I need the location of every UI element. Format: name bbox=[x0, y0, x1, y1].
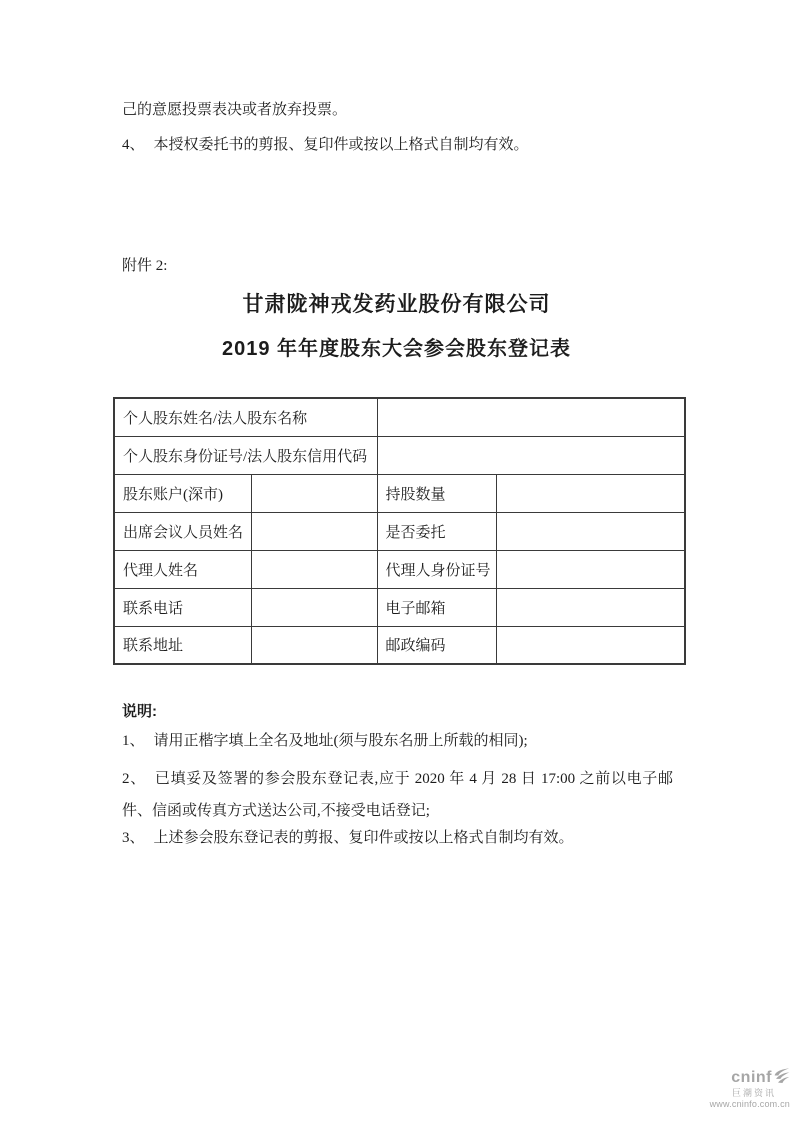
item-text: 已填妥及签署的参会股东登记表,应于 2020 年 4 月 28 日 17:00 … bbox=[122, 771, 673, 819]
cninfo-name-text: 巨潮资讯 bbox=[706, 1089, 790, 1099]
item-text: 请用正楷字填上全名及地址(须与股东名册上所载的相同); bbox=[154, 733, 528, 749]
item-number: 2、 bbox=[122, 771, 146, 787]
table-row: 代理人姓名 代理人身份证号 bbox=[114, 550, 685, 588]
table-value-cell bbox=[496, 550, 685, 588]
table-value-cell bbox=[496, 588, 685, 626]
table-value-cell bbox=[251, 550, 377, 588]
form-title: 2019 年年度股东大会参会股东登记表 bbox=[0, 332, 793, 361]
table-label-cell: 邮政编码 bbox=[377, 626, 496, 664]
cninfo-brand-text: cninf bbox=[731, 1069, 772, 1087]
table-row: 联系地址 邮政编码 bbox=[114, 626, 685, 664]
table-row: 出席会议人员姓名 是否委托 bbox=[114, 512, 685, 550]
table-value-cell bbox=[496, 512, 685, 550]
note-item-2: 2、已填妥及签署的参会股东登记表,应于 2020 年 4 月 28 日 17:0… bbox=[122, 763, 673, 827]
cninfo-url-text: www.cninfo.com.cn bbox=[706, 1100, 790, 1110]
table-label-cell: 电子邮箱 bbox=[377, 588, 496, 626]
table-label-cell: 个人股东身份证号/法人股东信用代码 bbox=[114, 436, 377, 474]
item-text: 上述参会股东登记表的剪报、复印件或按以上格式自制均有效。 bbox=[154, 830, 574, 846]
table-label-cell: 是否委托 bbox=[377, 512, 496, 550]
table-value-cell bbox=[251, 512, 377, 550]
shareholder-registration-table: 个人股东姓名/法人股东名称 个人股东身份证号/法人股东信用代码 股东账户(深市)… bbox=[113, 397, 686, 665]
table-label-cell: 股东账户(深市) bbox=[114, 474, 251, 512]
table-label-cell: 出席会议人员姓名 bbox=[114, 512, 251, 550]
note-item-3: 3、上述参会股东登记表的剪报、复印件或按以上格式自制均有效。 bbox=[122, 828, 673, 848]
table-row: 个人股东身份证号/法人股东信用代码 bbox=[114, 436, 685, 474]
table-value-cell bbox=[377, 436, 685, 474]
table-label-cell: 联系电话 bbox=[114, 588, 251, 626]
table-value-cell bbox=[251, 626, 377, 664]
item-number: 3、 bbox=[122, 830, 145, 846]
item-text: 本授权委托书的剪报、复印件或按以上格式自制均有效。 bbox=[154, 137, 529, 153]
table-value-cell bbox=[496, 474, 685, 512]
attachment-label: 附件 2: bbox=[122, 256, 673, 276]
document-page: 己的意愿投票表决或者放弃投票。 4、本授权委托书的剪报、复印件或按以上格式自制均… bbox=[0, 0, 793, 1122]
table-label-cell: 持股数量 bbox=[377, 474, 496, 512]
table-value-cell bbox=[251, 588, 377, 626]
table-row: 股东账户(深市) 持股数量 bbox=[114, 474, 685, 512]
item-number: 1、 bbox=[122, 733, 145, 749]
numbered-item-4: 4、本授权委托书的剪报、复印件或按以上格式自制均有效。 bbox=[122, 135, 673, 155]
table-row: 联系电话 电子邮箱 bbox=[114, 588, 685, 626]
cninfo-logo: cninf 巨潮资讯 www.cninfo.com.cn bbox=[706, 1068, 790, 1110]
table-label-cell: 个人股东姓名/法人股东名称 bbox=[114, 398, 377, 436]
item-number: 4、 bbox=[122, 137, 145, 153]
swirl-icon bbox=[773, 1068, 790, 1088]
table-value-cell bbox=[496, 626, 685, 664]
table-row: 个人股东姓名/法人股东名称 bbox=[114, 398, 685, 436]
notes-heading: 说明: bbox=[122, 700, 157, 721]
table-label-cell: 代理人姓名 bbox=[114, 550, 251, 588]
table-value-cell bbox=[251, 474, 377, 512]
cninfo-logo-top: cninf bbox=[706, 1068, 790, 1088]
note-item-1: 1、请用正楷字填上全名及地址(须与股东名册上所载的相同); bbox=[122, 731, 673, 751]
table-value-cell bbox=[377, 398, 685, 436]
company-title: 甘肃陇神戎发药业股份有限公司 bbox=[0, 288, 793, 318]
table-label-cell: 代理人身份证号 bbox=[377, 550, 496, 588]
table-label-cell: 联系地址 bbox=[114, 626, 251, 664]
carryover-paragraph: 己的意愿投票表决或者放弃投票。 bbox=[122, 100, 673, 120]
